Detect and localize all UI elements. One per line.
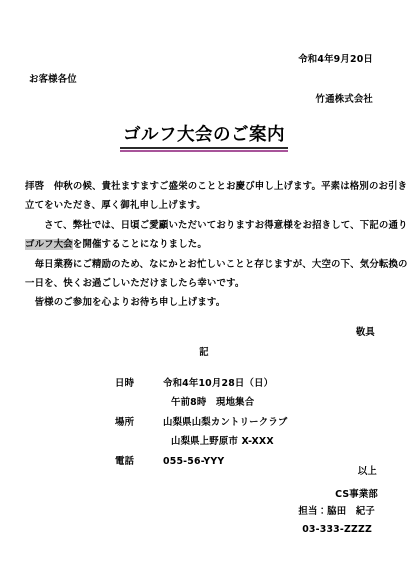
body-line: 一日を、快くお過ごしいただけましたら幸いです。 (25, 274, 394, 293)
letter-body: 拝啓 仲秋の候、貴社ますますご盛栄のこととお慶び申し上げます。平素は格別のお引き… (25, 177, 394, 313)
highlighted-text: ゴルフ大会 (25, 239, 73, 250)
detail-value: 令和4年10月28日（日） (163, 374, 273, 393)
detail-row-phone: 電話 055-56-YYY (115, 452, 287, 471)
detail-label (115, 393, 163, 412)
recipient-line: お客様各位 (29, 70, 77, 89)
detail-row-place-cont: 山梨県上野原市 X-XXX (115, 432, 287, 451)
body-line: 立てをいただき、厚く御礼申し上げます。 (25, 196, 394, 215)
body-line-rest: を開催することになりました。 (73, 239, 207, 250)
letter-page: { "header": { "date": "令和4年9月20日", "reci… (0, 0, 408, 573)
detail-label (115, 432, 163, 451)
detail-value: 山梨県山梨カントリークラブ (163, 413, 287, 432)
body-line: 皆様のご参加を心よりお待ち申し上げます。 (25, 293, 394, 312)
body-line-highlighted: ゴルフ大会を開催することになりました。 (25, 235, 394, 254)
detail-row-datetime: 日時 令和4年10月28日（日） (115, 374, 287, 393)
body-line: 毎日業務にご精励のため、なにかとお忙しいことと存じますが、大空の下、気分転換の (25, 255, 394, 274)
detail-value: 午前8時 現地集合 (163, 393, 254, 412)
detail-label: 日時 (115, 374, 163, 393)
title-accent-underline (120, 150, 288, 152)
event-details: 日時 令和4年10月28日（日） 午前8時 現地集合 場所 山梨県山梨カントリー… (115, 374, 287, 471)
detail-value: 055-56-YYY (163, 452, 224, 471)
detail-row-datetime-cont: 午前8時 現地集合 (115, 393, 287, 412)
body-line: さて、弊社では、日頃ご愛顧いただいておりますお得意様をお招きして、下記の通り (25, 216, 394, 235)
detail-label: 場所 (115, 413, 163, 432)
detail-value: 山梨県上野原市 X-XXX (163, 432, 274, 451)
sender-company: 竹通株式会社 (316, 90, 373, 109)
detail-row-place: 場所 山梨県山梨カントリークラブ (115, 413, 287, 432)
page-title: ゴルフ大会のご案内 (120, 124, 288, 149)
closing-keigu: 敬具 (356, 323, 375, 342)
contact-phone: 03-333-ZZZZ (302, 520, 372, 539)
contact-person: 担当：脇田 紀子 (298, 502, 375, 521)
title-inner: ゴルフ大会のご案内 (120, 124, 288, 152)
record-marker-ki: 記 (0, 343, 408, 362)
title-block: ゴルフ大会のご案内 (0, 124, 408, 152)
end-marker-ijou: 以上 (358, 462, 377, 481)
body-line: 拝啓 仲秋の候、貴社ますますご盛栄のこととお慶び申し上げます。平素は格別のお引き (25, 177, 394, 196)
detail-label: 電話 (115, 452, 163, 471)
document-date: 令和4年9月20日 (298, 50, 373, 69)
